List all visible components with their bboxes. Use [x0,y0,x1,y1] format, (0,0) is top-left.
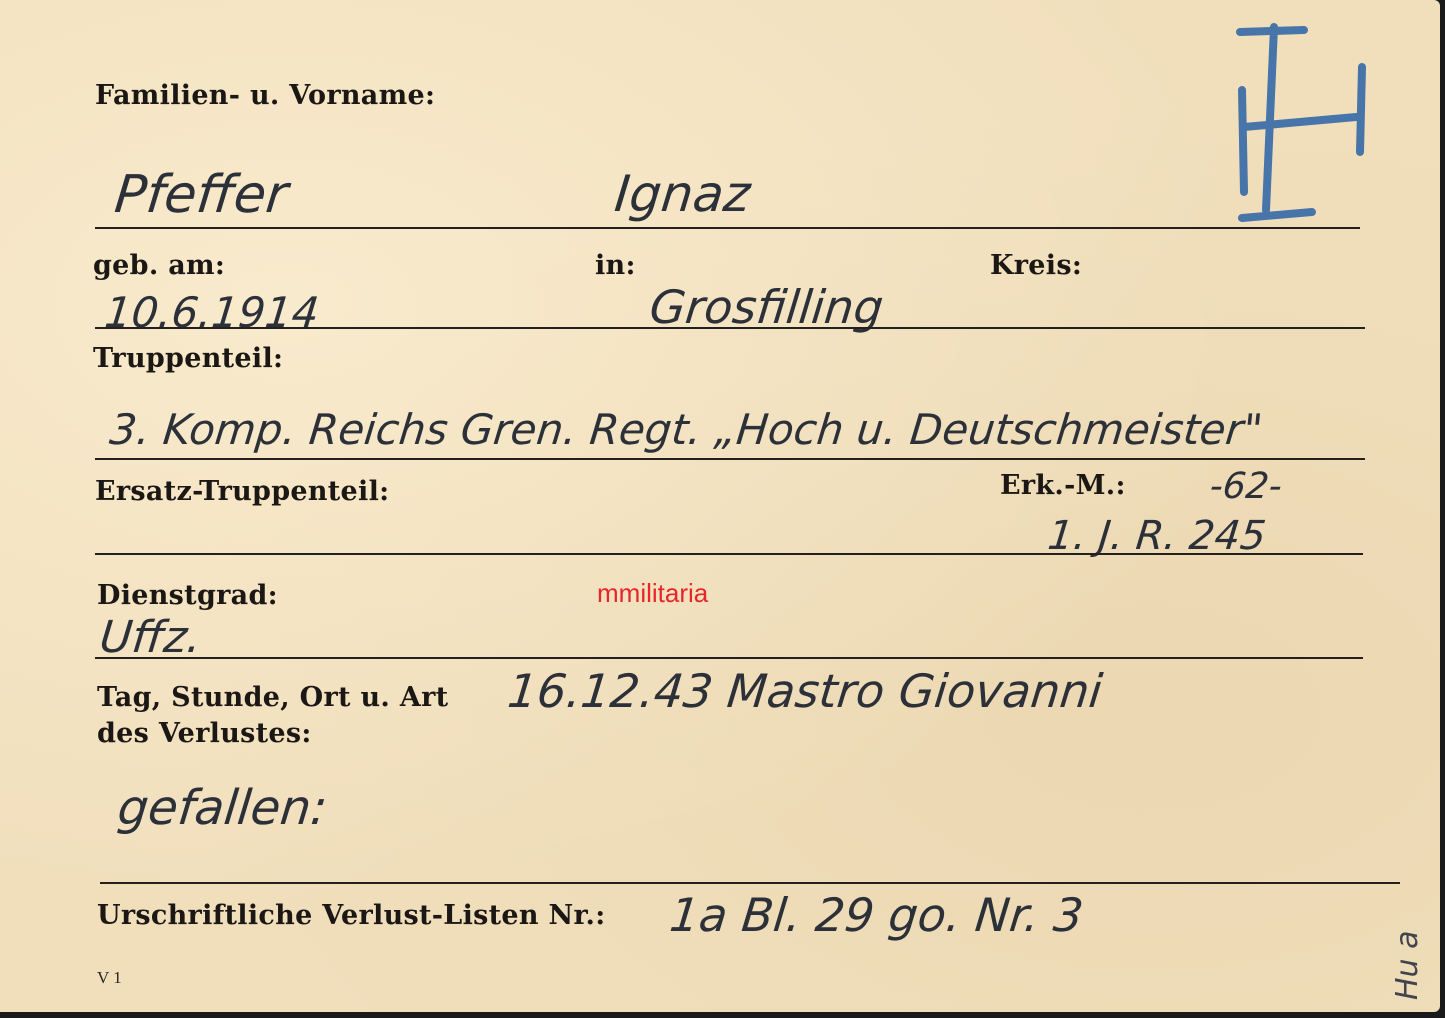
birth-place-label: in: [595,250,636,281]
first-name-entry: Ignaz [612,165,753,223]
id-tag-number-entry: -62- [1208,466,1284,507]
birth-date-label: geb. am: [93,250,225,281]
rank-rule [95,657,1363,659]
rank-label: Dienstgrad: [97,580,278,611]
loss-details-entry: 16.12.43 Mastro Giovanni [505,664,1105,718]
id-tag-label: Erk.-M.: [1000,470,1126,501]
loss-label-line2: des Verlustes: [97,718,312,749]
loss-type-entry: gefallen: [115,780,330,836]
form-code: V 1 [97,968,122,988]
birth-rule [95,327,1365,329]
birth-date-entry: 10.6.1914 [102,288,321,337]
casualty-index-card: Familien- u. Vorname: Pfeffer Ignaz geb.… [0,0,1440,1012]
name-rule [95,227,1360,229]
unit-entry: 3. Komp. Reichs Gren. Regt. „Hoch u. Deu… [107,405,1265,454]
loss-rule [100,882,1400,884]
watermark: mmilitaria [597,578,708,609]
margin-note: Hu a [1390,931,1425,1001]
rank-entry: Uffz. [97,612,203,663]
original-list-ref-entry: 1a Bl. 29 go. Nr. 3 [667,888,1086,942]
loss-label-line1: Tag, Stunde, Ort u. Art [97,682,448,713]
district-label: Kreis: [990,250,1082,281]
replacement-unit-label: Ersatz-Truppenteil: [95,476,389,507]
unit-rule [95,458,1365,460]
unit-label: Truppenteil: [93,343,283,374]
original-lists-label: Urschriftliche Verlust-Listen Nr.: [97,900,606,931]
name-label: Familien- u. Vorname: [95,80,435,111]
birth-place-entry: Grosfilling [647,280,886,334]
replacement-unit-rule [95,553,1363,555]
surname-entry: Pfeffer [112,165,291,225]
blue-cross-mark-icon [1232,22,1372,227]
